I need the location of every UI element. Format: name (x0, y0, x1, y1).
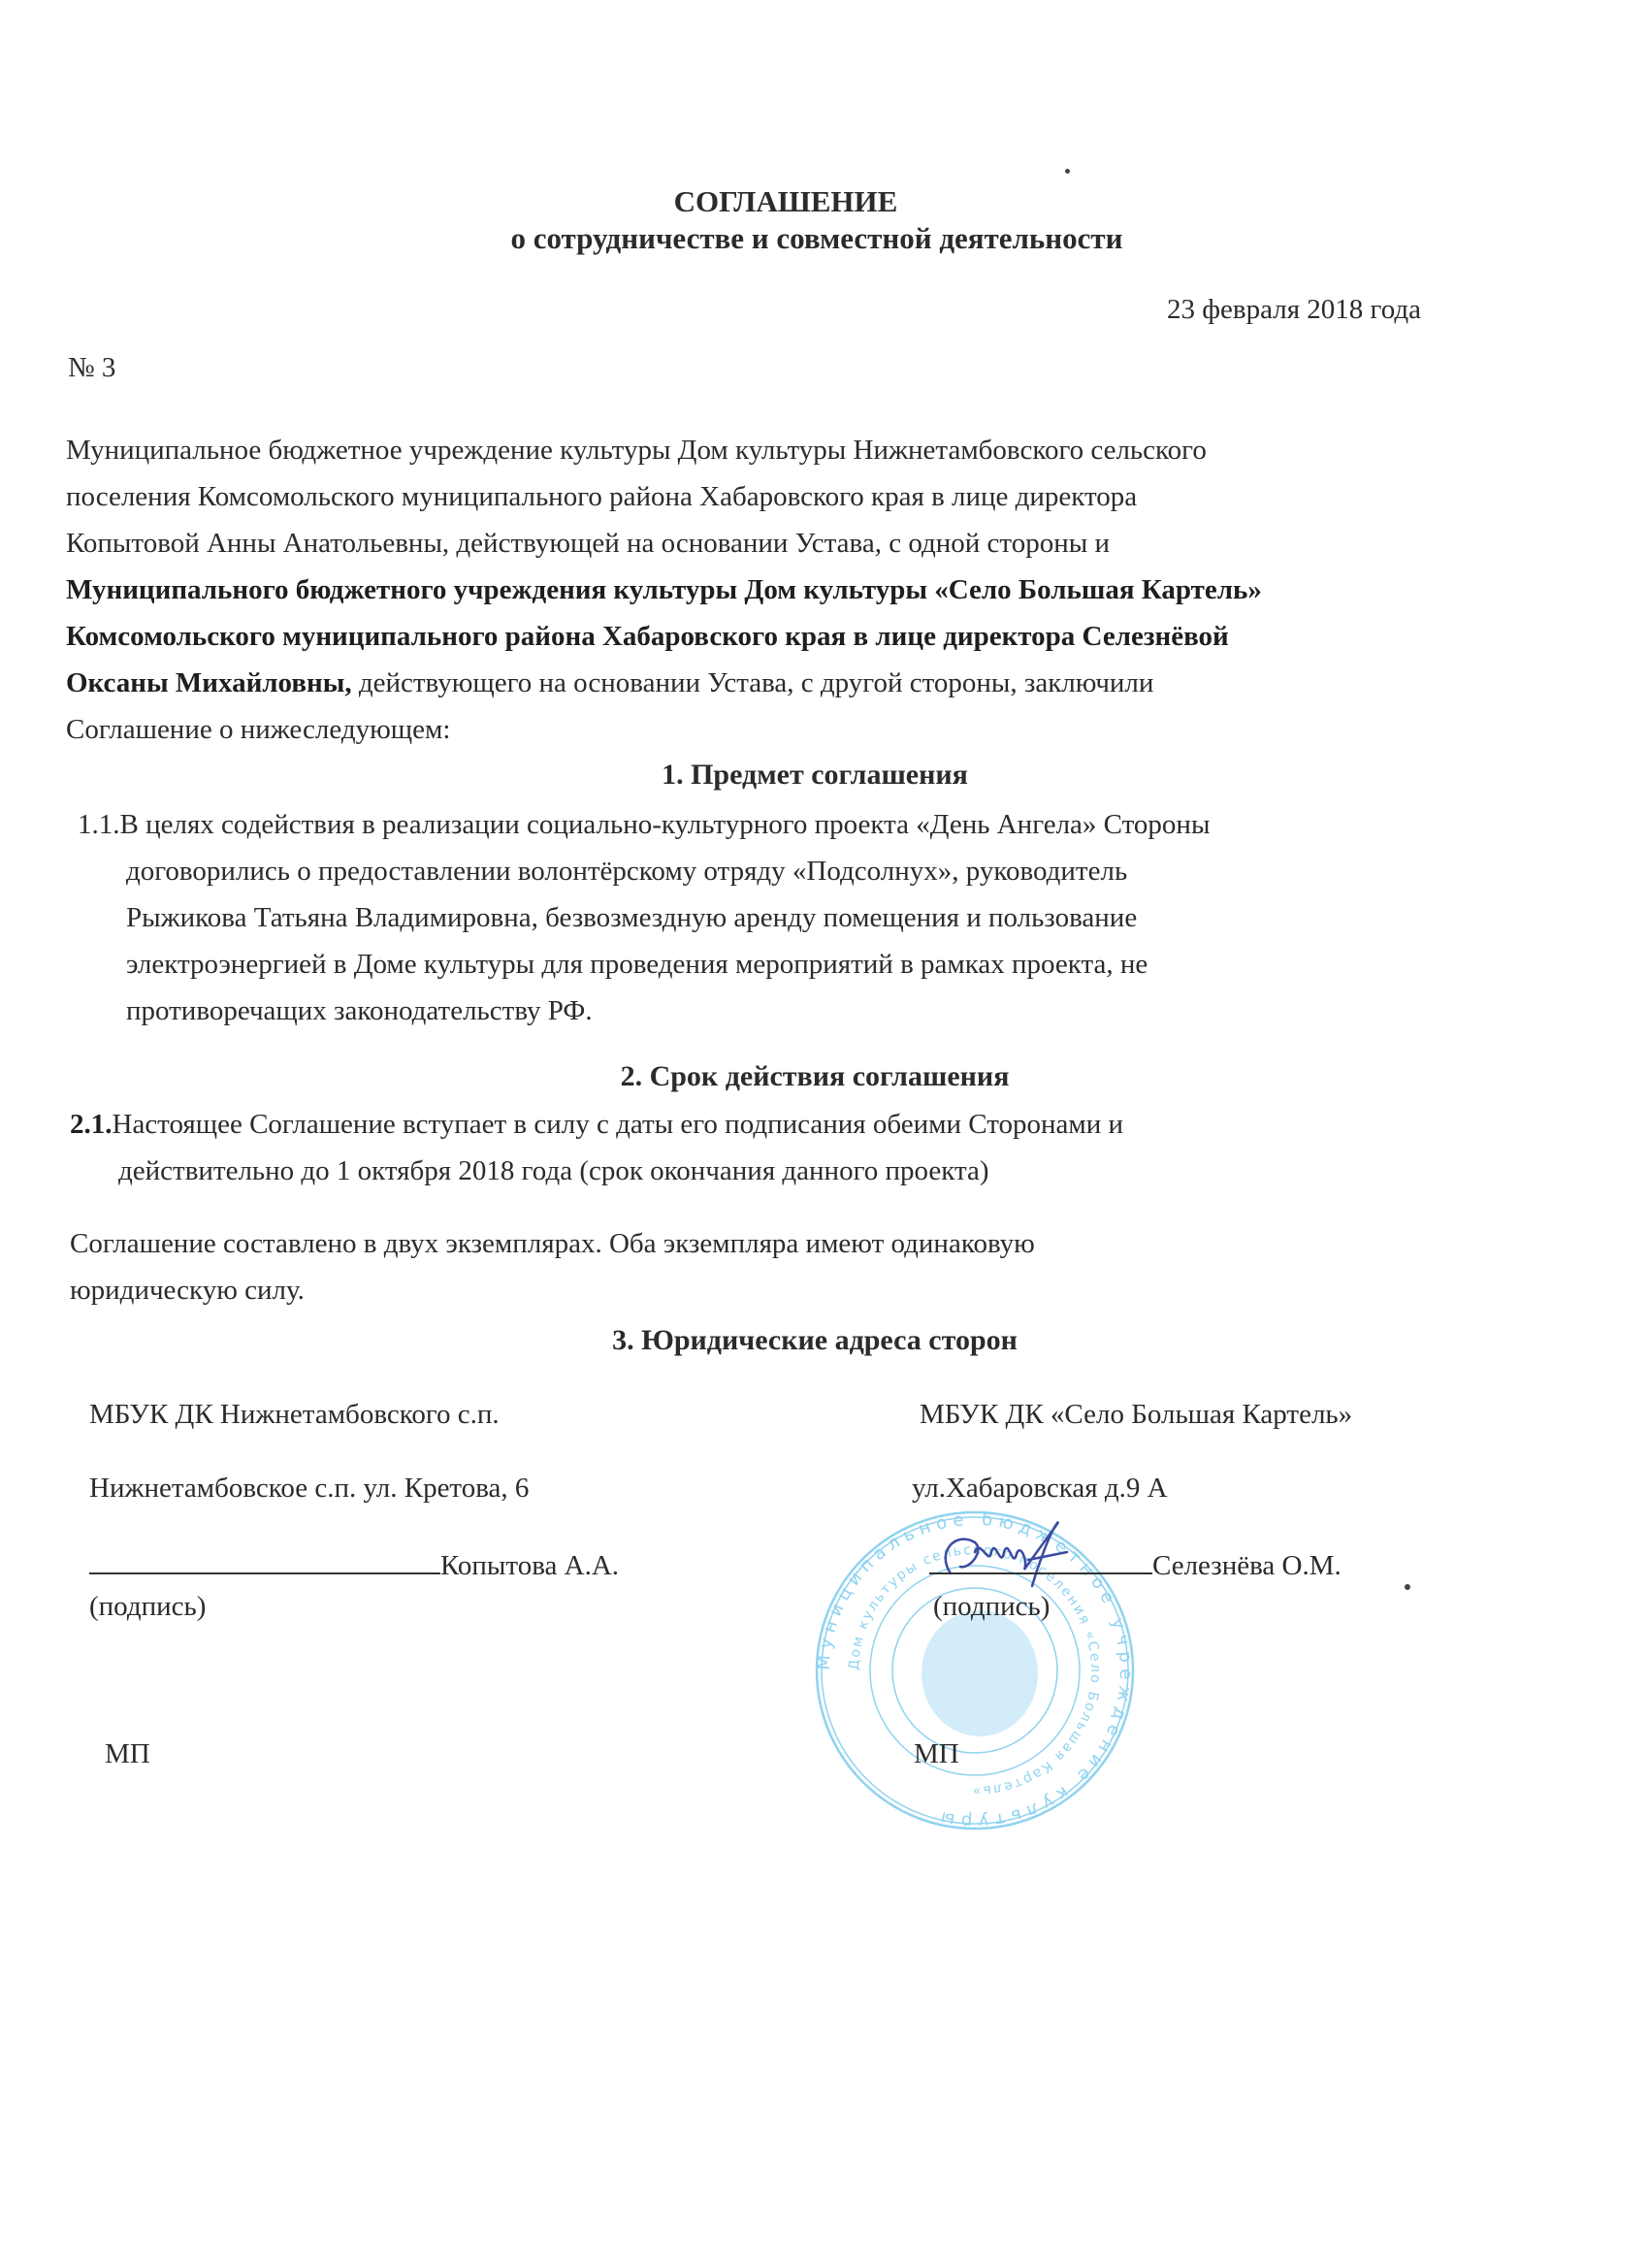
copies-note: Соглашение составлено в двух экземплярах… (70, 1220, 1035, 1313)
left-signature-label: (подпись) (89, 1591, 206, 1623)
right-party-org: МБУК ДК «Село Большая Картель» (920, 1399, 1352, 1431)
left-signer: Копытова А.А. (440, 1550, 619, 1581)
clause-number: 1.1. (78, 809, 120, 840)
clause-number: 2.1. (70, 1109, 113, 1140)
preamble: Муниципальное бюджетное учреждение культ… (66, 427, 1472, 753)
left-party-address: Нижнетамбовское с.п. ул. Кретова, 6 (89, 1473, 529, 1505)
preamble-line-bold: Муниципального бюджетного учреждения кул… (66, 567, 1472, 613)
document-title: СОГЛАШЕНИЕ (0, 184, 1610, 219)
preamble-line: поселения Комсомольского муниципального … (66, 473, 1472, 520)
scan-speck (1405, 1584, 1410, 1590)
section-heading-2: 2. Срок действия соглашения (0, 1060, 1639, 1093)
clause-1-1: 1.1.В целях содействия в реализации соци… (78, 801, 1210, 1034)
preamble-line: Оксаны Михайловны, действующего на основ… (66, 660, 1472, 706)
preamble-line: Муниципальное бюджетное учреждение культ… (66, 427, 1472, 473)
director-name: Оксаны Михайловны, (66, 667, 352, 698)
left-party-org: МБУК ДК Нижнетамбовского с.п. (89, 1399, 500, 1431)
right-signature-line (929, 1571, 1152, 1574)
right-signature-row: Селезнёва О.М. (929, 1550, 1342, 1582)
preamble-line-bold: Комсомольского муниципального района Хаб… (66, 613, 1472, 660)
right-signature-label: (подпись) (933, 1591, 1050, 1623)
clause-2-1: 2.1.Настоящее Соглашение вступает в силу… (70, 1101, 1123, 1194)
left-signature-row: Копытова А.А. (89, 1550, 619, 1582)
right-party-address: ул.Хабаровская д.9 А (912, 1473, 1168, 1505)
document-number: № 3 (68, 352, 115, 384)
right-seal-label: МП (914, 1738, 959, 1770)
preamble-line: Соглашение о нижеследующем: (66, 706, 1472, 753)
right-signer: Селезнёва О.М. (1152, 1550, 1342, 1581)
scan-speck (1065, 169, 1070, 174)
preamble-line: Копытовой Анны Анатольевны, действующей … (66, 520, 1472, 567)
document-subtitle: о сотрудничестве и совместной деятельнос… (0, 221, 1641, 256)
section-heading-1: 1. Предмет соглашения (0, 759, 1639, 792)
left-signature-line (89, 1571, 440, 1574)
document-date: 23 февраля 2018 года (1167, 294, 1421, 326)
left-seal-label: МП (105, 1738, 150, 1770)
section-heading-3: 3. Юридические адреса сторон (0, 1324, 1639, 1357)
